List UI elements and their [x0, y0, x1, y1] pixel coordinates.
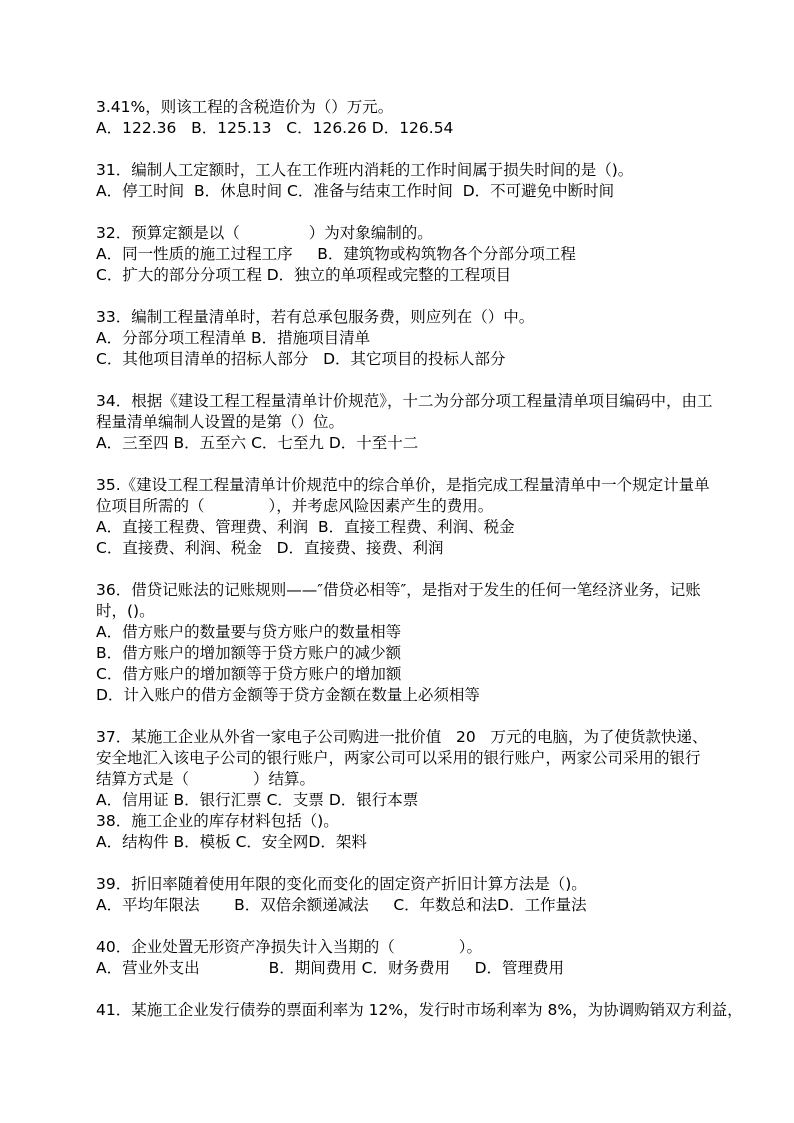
- text-line: 位项目所需的（ ），并考虑风险因素产生的费用。: [96, 496, 736, 517]
- text-line: 39．折旧率随着使用年限的变化而变化的固定资产折旧计算方法是（)。: [96, 874, 736, 895]
- document-page: 3.41%，则该工程的含税造价为（）万元。A．122.36 B．125.13 C…: [0, 0, 794, 1123]
- text-line: A．营业外支出 B．期间费用 C．财务费用 D．管理费用: [96, 958, 736, 979]
- text-line: 32．预算定额是以（ ）为对象编制的。: [96, 223, 736, 244]
- text-line: 34．根据《建设工程工程量清单计价规范》，十二为分部分项工程量清单项目编码中，由…: [96, 391, 736, 412]
- text-line: 33．编制工程量清单时，若有总承包服务费，则应列在（）中。: [96, 307, 736, 328]
- question-32: 32．预算定额是以（ ）为对象编制的。A．同一性质的施工过程工序 B．建筑物或构…: [96, 223, 736, 286]
- text-line: 40．企业处置无形资产净损失计入当期的（ ）。: [96, 937, 736, 958]
- question-31: 31．编制人工定额时，工人在工作班内消耗的工作时间属于损失时间的是（)。A．停工…: [96, 160, 736, 202]
- text-line: A．借方账户的数量要与贷方账户的数量相等: [96, 622, 736, 643]
- text-line: A．结构件 B．模板 C．安全网D．架料: [96, 832, 736, 853]
- text-line: A．直接工程费、管理费、利润 B．直接工程费、利润、税金: [96, 517, 736, 538]
- text-line: A．分部分项工程清单 B．措施项目清单: [96, 328, 736, 349]
- text-line: A．平均年限法 B．双倍余额递减法 C．年数总和法D．工作量法: [96, 895, 736, 916]
- question-36: 36．借贷记账法的记账规则——″借贷必相等″，是指对于发生的任何一笔经济业务，记…: [96, 580, 736, 706]
- text-line: B．借方账户的增加额等于贷方账户的减少额: [96, 643, 736, 664]
- text-line: 36．借贷记账法的记账规则——″借贷必相等″，是指对于发生的任何一笔经济业务，记…: [96, 580, 736, 601]
- text-line: 35.《建设工程工程量清单计价规范中的综合单价，是指完成工程量清单中一个规定计量…: [96, 475, 736, 496]
- text-line: 时，()。: [96, 601, 736, 622]
- text-line: C．其他项目清单的招标人部分 D．其它项目的投标人部分: [96, 349, 736, 370]
- question-39: 39．折旧率随着使用年限的变化而变化的固定资产折旧计算方法是（)。A．平均年限法…: [96, 874, 736, 916]
- question-34: 34．根据《建设工程工程量清单计价规范》，十二为分部分项工程量清单项目编码中，由…: [96, 391, 736, 454]
- text-line: C．借方账户的增加额等于贷方账户的增加额: [96, 664, 736, 685]
- text-line: A．122.36 B．125.13 C．126.26 D．126.54: [96, 118, 736, 139]
- question-41: 41．某施工企业发行债券的票面利率为 12%，发行时市场利率为 8%，为协调购销…: [96, 1000, 736, 1021]
- text-line: A．三至四 B．五至六 C．七至九 D．十至十二: [96, 433, 736, 454]
- text-line: 3.41%，则该工程的含税造价为（）万元。: [96, 97, 736, 118]
- text-line: C．直接费、利润、税金 D．直接费、接费、利润: [96, 538, 736, 559]
- question-35: 35.《建设工程工程量清单计价规范中的综合单价，是指完成工程量清单中一个规定计量…: [96, 475, 736, 559]
- text-line: A．同一性质的施工过程工序 B．建筑物或构筑物各个分部分项工程: [96, 244, 736, 265]
- text-line: D．计入账户的借方金额等于贷方金额在数量上必须相等: [96, 685, 736, 706]
- text-line: A．停工时间 B．休息时间 C．准备与结束工作时间 D．不可避免中断时间: [96, 181, 736, 202]
- text-line: 程量清单编制人设置的是第（）位。: [96, 412, 736, 433]
- question-40: 40．企业处置无形资产净损失计入当期的（ ）。A．营业外支出 B．期间费用 C．…: [96, 937, 736, 979]
- text-line: 结算方式是（ ）结算。: [96, 769, 736, 790]
- text-line: 38．施工企业的库存材料包括（)。: [96, 811, 736, 832]
- question-30-continuation: 3.41%，则该工程的含税造价为（）万元。A．122.36 B．125.13 C…: [96, 97, 736, 139]
- text-line: 41．某施工企业发行债券的票面利率为 12%，发行时市场利率为 8%，为协调购销…: [96, 1000, 736, 1021]
- text-line: C．扩大的部分分项工程 D．独立的单项程或完整的工程项目: [96, 265, 736, 286]
- text-line: 安全地汇入该电子公司的银行账户，两家公司可以采用的银行账户，两家公司采用的银行: [96, 748, 736, 769]
- text-line: 31．编制人工定额时，工人在工作班内消耗的工作时间属于损失时间的是（)。: [96, 160, 736, 181]
- document-content: 3.41%，则该工程的含税造价为（）万元。A．122.36 B．125.13 C…: [96, 97, 736, 1042]
- question-37-38: 37．某施工企业从外省一家电子公司购进一批价值 20 万元的电脑，为了使货款快递…: [96, 727, 736, 853]
- text-line: A．信用证 B．银行汇票 C．支票 D．银行本票: [96, 790, 736, 811]
- question-33: 33．编制工程量清单时，若有总承包服务费，则应列在（）中。A．分部分项工程清单 …: [96, 307, 736, 370]
- text-line: 37．某施工企业从外省一家电子公司购进一批价值 20 万元的电脑，为了使货款快递…: [96, 727, 736, 748]
